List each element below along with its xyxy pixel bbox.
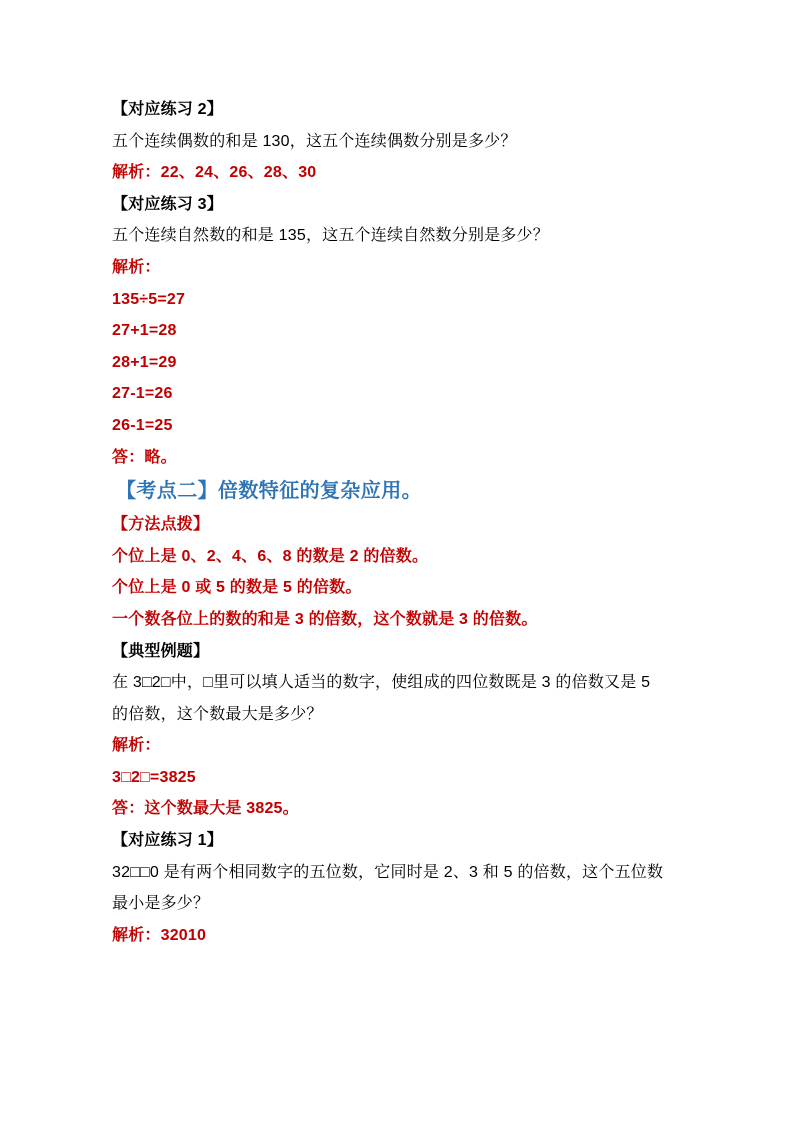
- method-tips-heading: 【方法点拨】: [112, 509, 681, 541]
- exercise3-step-4: 27-1=26: [112, 378, 681, 410]
- typical-example-question-line2: 的倍数，这个数最大是多少？: [112, 699, 681, 731]
- typical-example-analysis-label: 解析：: [112, 730, 681, 762]
- exercise3-answer: 答：略。: [112, 442, 681, 474]
- exercise3-step-2: 27+1=28: [112, 315, 681, 347]
- exercise3-heading: 【对应练习 3】: [112, 189, 681, 221]
- typical-example-question-line1: 在 3□2□中，□里可以填人适当的数字，使组成的四位数既是 3 的倍数又是 5: [112, 667, 681, 699]
- method-point-3: 一个数各位上的数的和是 3 的倍数，这个数就是 3 的倍数。: [112, 604, 681, 636]
- typical-example-analysis-step: 3□2□=3825: [112, 762, 681, 794]
- exercise3-analysis-label: 解析：: [112, 252, 681, 284]
- exercise3-step-5: 26-1=25: [112, 410, 681, 442]
- typical-example-answer: 答：这个数最大是 3825。: [112, 793, 681, 825]
- typical-example-heading: 【典型例题】: [112, 636, 681, 668]
- method-point-1: 个位上是 0、2、4、6、8 的数是 2 的倍数。: [112, 541, 681, 573]
- exercise2-answer: 解析：22、24、26、28、30: [112, 157, 681, 189]
- exercise2-question: 五个连续偶数的和是 130，这五个连续偶数分别是多少？: [112, 126, 681, 158]
- exercise2-heading: 【对应练习 2】: [112, 94, 681, 126]
- exercise3-question: 五个连续自然数的和是 135，这五个连续自然数分别是多少？: [112, 220, 681, 252]
- exercise3-step-3: 28+1=29: [112, 347, 681, 379]
- exercise1-heading: 【对应练习 1】: [112, 825, 681, 857]
- exercise3-step-1: 135÷5=27: [112, 284, 681, 316]
- document-page: 【对应练习 2】 五个连续偶数的和是 130，这五个连续偶数分别是多少？ 解析：…: [0, 0, 793, 1122]
- section2-heading: 【考点二】倍数特征的复杂应用。: [112, 473, 681, 509]
- method-point-2: 个位上是 0 或 5 的数是 5 的倍数。: [112, 572, 681, 604]
- exercise1-answer: 解析：32010: [112, 920, 681, 952]
- exercise1-question-line2: 最小是多少？: [112, 888, 681, 920]
- exercise1-question-line1: 32□□0 是有两个相同数字的五位数，它同时是 2、3 和 5 的倍数，这个五位…: [112, 857, 681, 889]
